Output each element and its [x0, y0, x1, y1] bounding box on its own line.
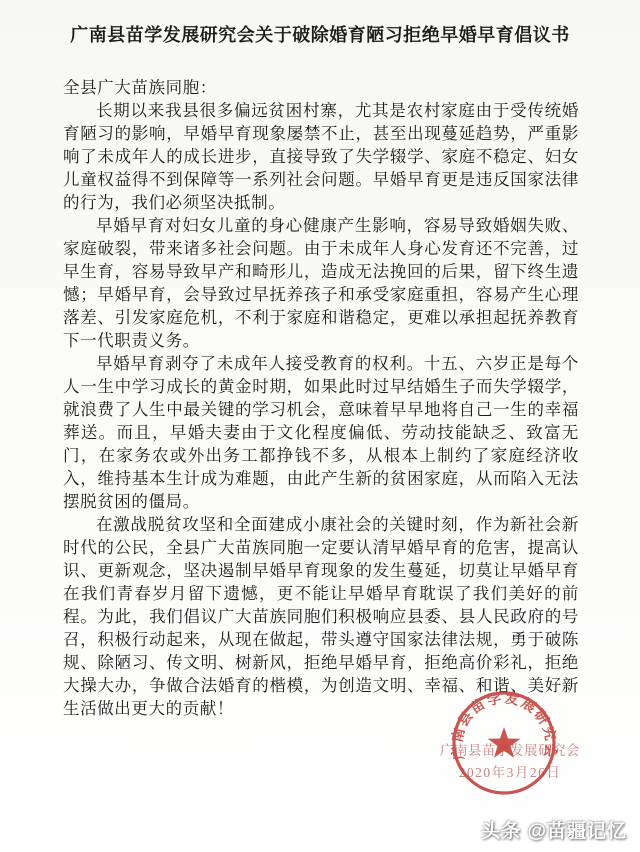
official-seal: 广南县苗学发展研究会 — [448, 687, 560, 799]
document-body: 全县广大苗族同胞： 长期以来我县很多偏远贫困村寨，尤其是农村家庭由于受传统婚育陋… — [63, 76, 579, 720]
salutation: 全县广大苗族同胞： — [63, 76, 579, 99]
toutiao-watermark: 头条 @苗疆记忆 — [481, 816, 627, 843]
document-title: 广南县苗学发展研究会关于破除婚育陋习拒绝早婚早育倡议书 — [0, 0, 640, 47]
paragraph-2: 早婚早育对妇女儿童的身心健康产生影响，容易导致婚姻失败、家庭破裂，带来诸多社会问… — [63, 214, 579, 352]
seal-star-icon — [488, 727, 520, 758]
paragraph-3: 早婚早育剥夺了未成年人接受教育的权利。十五、六岁正是每个人一生中学习成长的黄金时… — [63, 352, 579, 513]
document-page: 广南县苗学发展研究会关于破除婚育陋习拒绝早婚早育倡议书 全县广大苗族同胞： 长期… — [0, 0, 640, 852]
paragraph-1: 长期以来我县很多偏远贫困村寨，尤其是农村家庭由于受传统婚育陋习的影响，早婚早育现… — [63, 99, 579, 214]
